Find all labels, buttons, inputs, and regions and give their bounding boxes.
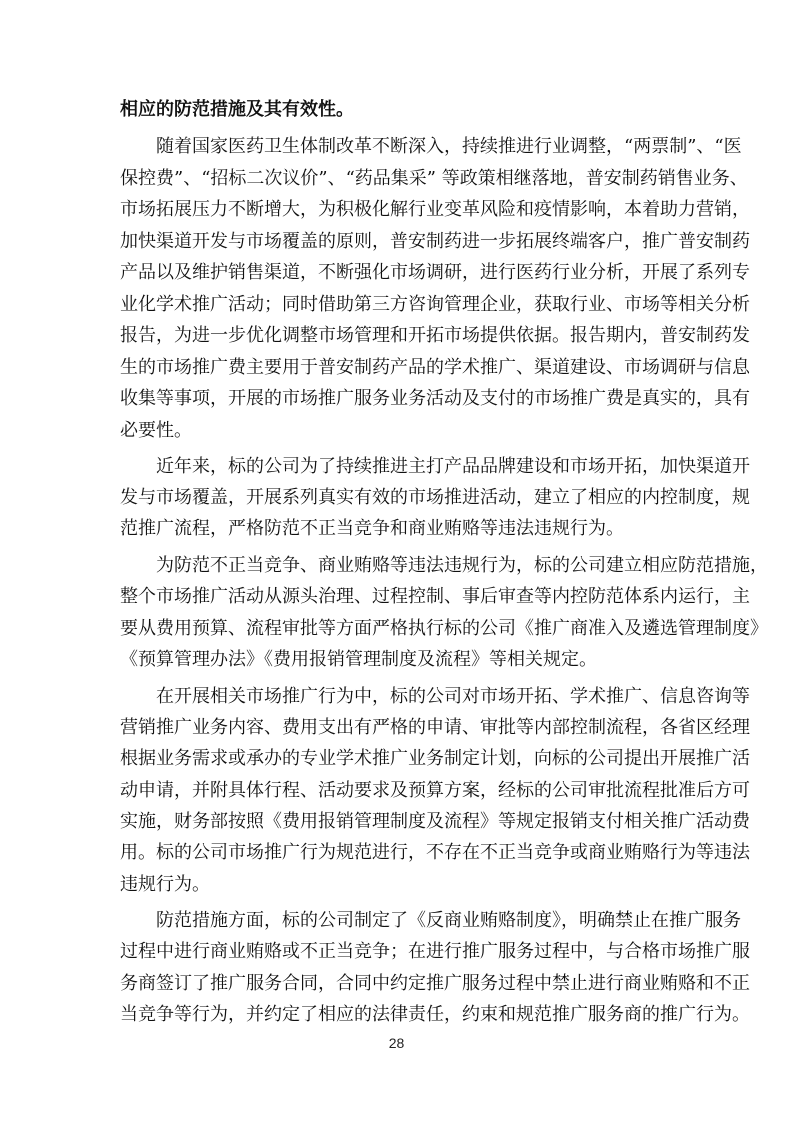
paragraph-line: 市场拓展压力不断增大，为积极化解行业变革风险和疫情影响，本着助力营销，: [120, 199, 676, 221]
paragraph-line: 随着国家医药卫生体制改革不断深入，持续推进行业调整，“两票制”、“医: [156, 136, 676, 158]
paragraph-line: 产品以及维护销售渠道，不断强化市场调研，进行医药行业分析，开展了系列专: [120, 262, 676, 284]
paragraph-line: 用。标的公司市场推广行为规范进行，不存在不正当竞争或商业贿赂行为等违法: [120, 842, 676, 864]
paragraph-line: 生的市场推广费主要用于普安制药产品的学术推广、渠道建设、市场调研与信息: [120, 357, 676, 379]
paragraph-line: 保控费”、“招标二次议价”、“药品集采” 等政策相继落地，普安制药销售业务、: [120, 168, 676, 190]
paragraph-line: 营销推广业务内容、费用支出有严格的申请、审批等内部控制流程，各省区经理: [120, 717, 676, 739]
paragraph-line: 动申请，并附具体行程、活动要求及预算方案，经标的公司审批流程批准后方可: [120, 780, 676, 802]
paragraph-line: 业化学术推广活动；同时借助第三方咨询管理企业，获取行业、市场等相关分析: [120, 294, 676, 316]
paragraph-line: 近年来，标的公司为了持续推进主打产品品牌建设和市场开拓，加快渠道开: [156, 456, 676, 478]
paragraph-line: 加快渠道开发与市场覆盖的原则，普安制药进一步拓展终端客户，推广普安制药: [120, 231, 676, 253]
paragraph-line: 发与市场覆盖，开展系列真实有效的市场推进活动，建立了相应的内控制度，规: [120, 487, 676, 509]
paragraph-line: 《预算管理办法》《费用报销管理制度及流程》等相关规定。: [120, 649, 676, 671]
paragraph-line: 根据业务需求或承办的专业学术推广业务制定计划，向标的公司提出开展推广活: [120, 748, 676, 770]
paragraph-line: 报告，为进一步优化调整市场管理和开拓市场提供依据。报告期内，普安制药发: [120, 325, 676, 347]
paragraph-line: 整个市场推广活动从源头治理、过程控制、事后审查等内控防范体系内运行，主: [120, 586, 676, 608]
paragraph-line: 为防范不正当竞争、商业贿赂等违法违规行为，标的公司建立相应防范措施，: [156, 555, 676, 577]
page-number: 28: [0, 1035, 793, 1051]
section-heading: 相应的防范措施及其有效性。: [120, 99, 676, 121]
paragraph-line: 收集等事项，开展的市场推广服务业务活动及支付的市场推广费是真实的，具有: [120, 388, 676, 410]
paragraph-line: 防范措施方面，标的公司制定了《反商业贿赂制度》，明确禁止在推广服务: [156, 910, 676, 932]
paragraph-line: 务商签订了推广服务合同，合同中约定推广服务过程中禁止进行商业贿赂和不正: [120, 973, 676, 995]
paragraph-line: 在开展相关市场推广行为中，标的公司对市场开拓、学术推广、信息咨询等: [156, 686, 676, 708]
paragraph-line: 违规行为。: [120, 874, 676, 896]
paragraph-line: 实施，财务部按照《费用报销管理制度及流程》等规定报销支付相关推广活动费: [120, 811, 676, 833]
paragraph-line: 范推广流程，严格防范不正当竞争和商业贿赂等违法违规行为。: [120, 518, 676, 540]
document-page: 相应的防范措施及其有效性。 随着国家医药卫生体制改革不断深入，持续推进行业调整，…: [0, 0, 793, 1122]
paragraph-line: 要从费用预算、流程审批等方面严格执行标的公司《推广商准入及遴选管理制度》: [120, 618, 676, 640]
paragraph-line: 当竞争等行为，并约定了相应的法律责任，约束和规范推广服务商的推广行为。: [120, 1004, 676, 1026]
paragraph-line: 过程中进行商业贿赂或不正当竞争；在进行推广服务过程中，与合格市场推广服: [120, 941, 676, 963]
paragraph-line: 必要性。: [120, 420, 676, 442]
